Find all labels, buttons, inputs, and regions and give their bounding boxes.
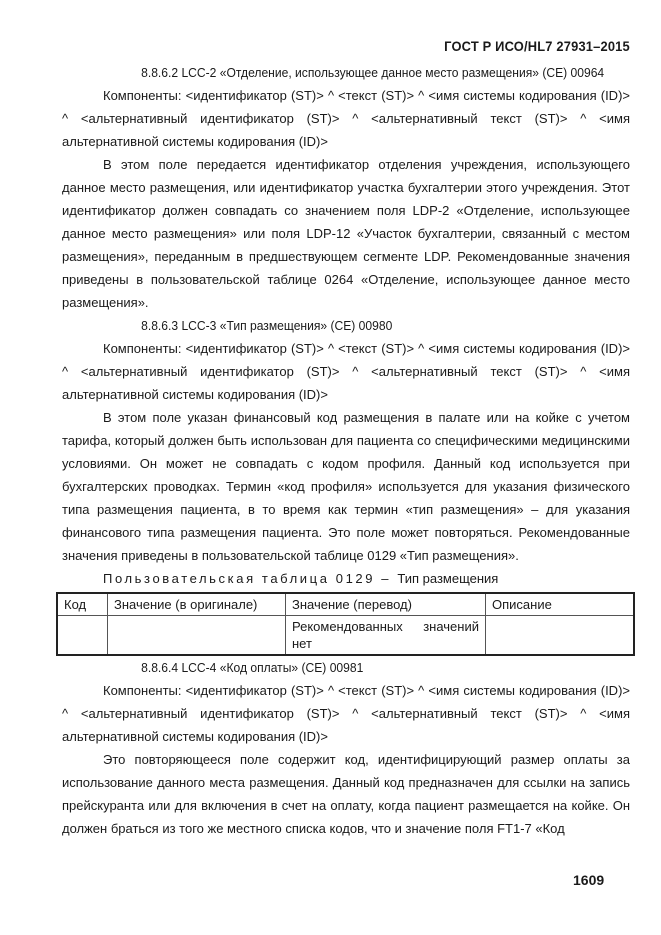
section-description: В этом поле передается идентификатор отд… bbox=[62, 153, 630, 314]
standard-header: ГОСТ Р ИСО/HL7 27931–2015 bbox=[444, 38, 630, 54]
section-heading: 8.8.6.3 LCC-3 «Тип размещения» (CE) 0098… bbox=[62, 314, 630, 337]
section-components: Компоненты: <идентификатор (ST)> ^ <текс… bbox=[62, 679, 630, 748]
page-number: 1609 bbox=[573, 872, 604, 888]
table-header-row: Код Значение (в оригинале) Значение (пер… bbox=[57, 593, 634, 616]
table-caption-prefix: Пользовательская таблица 0129 – bbox=[103, 571, 391, 586]
section-heading: 8.8.6.4 LCC-4 «Код оплаты» (CE) 00981 bbox=[62, 656, 630, 679]
section-heading-text: 8.8.6.4 LCC-4 «Код оплаты» (CE) 00981 bbox=[103, 656, 363, 679]
section-heading-text: 8.8.6.3 LCC-3 «Тип размещения» (CE) 0098… bbox=[103, 314, 392, 337]
cell-original-value bbox=[108, 616, 286, 656]
cell-code bbox=[57, 616, 108, 656]
section-heading: 8.8.6.2 LCC-2 «Отделение, использующее д… bbox=[62, 61, 630, 84]
table-row: Рекомендованных значений нет bbox=[57, 616, 634, 656]
column-header-code: Код bbox=[57, 593, 108, 616]
column-header-original-value: Значение (в оригинале) bbox=[108, 593, 286, 616]
section-heading-text: 8.8.6.2 LCC-2 «Отделение, использующее д… bbox=[103, 61, 604, 84]
document-body: 8.8.6.2 LCC-2 «Отделение, использующее д… bbox=[62, 61, 630, 840]
table-caption-title: Тип размещения bbox=[397, 571, 498, 586]
column-header-description: Описание bbox=[486, 593, 635, 616]
cell-description bbox=[486, 616, 635, 656]
user-table-0129: Код Значение (в оригинале) Значение (пер… bbox=[56, 592, 635, 656]
section-components: Компоненты: <идентификатор (ST)> ^ <текс… bbox=[62, 84, 630, 153]
section-description: В этом поле указан финансовый код размещ… bbox=[62, 406, 630, 567]
section-components: Компоненты: <идентификатор (ST)> ^ <текс… bbox=[62, 337, 630, 406]
column-header-translated-value: Значение (перевод) bbox=[286, 593, 486, 616]
table-caption: Пользовательская таблица 0129 – Тип разм… bbox=[62, 567, 630, 590]
section-description: Это повторяющееся поле содержит код, иде… bbox=[62, 748, 630, 840]
cell-translated-value: Рекомендованных значений нет bbox=[286, 616, 486, 656]
